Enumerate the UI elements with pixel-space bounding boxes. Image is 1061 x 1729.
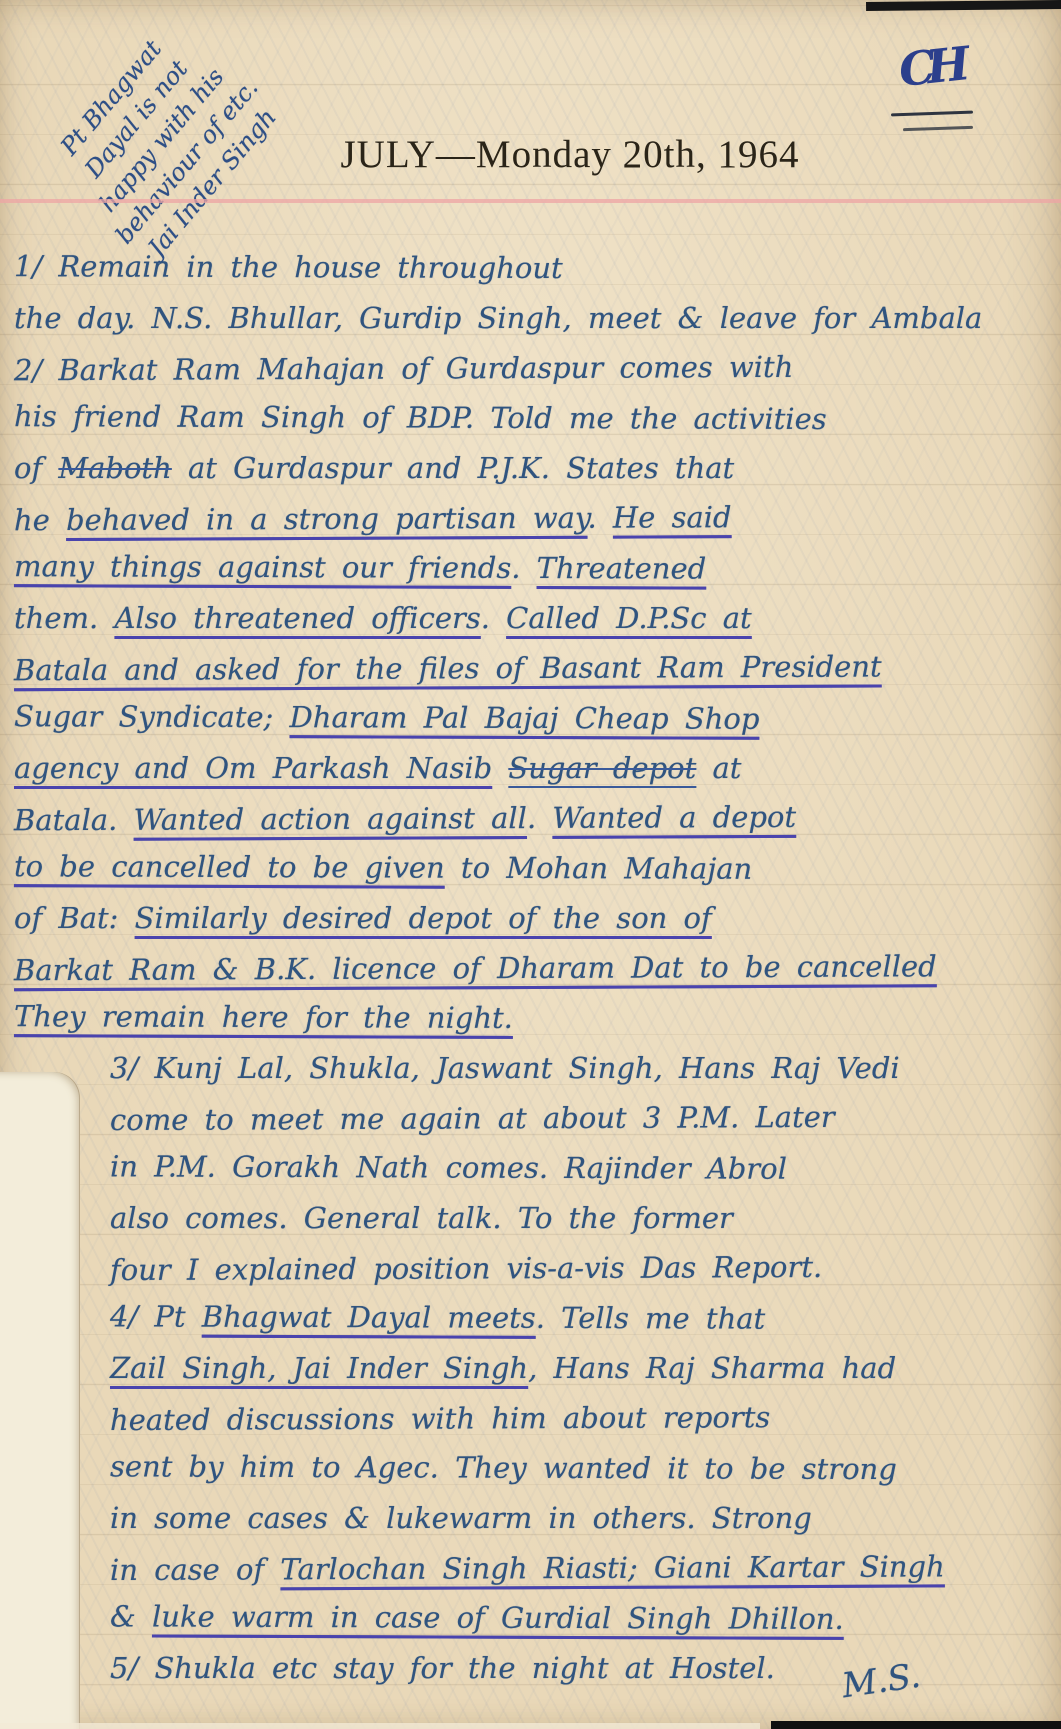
handwritten-line: 3/ Kunj Lal, Shukla, Jaswant Singh, Hans…	[110, 1043, 1053, 1093]
handwritten-line: sent by him to Agec. They wanted it to b…	[110, 1441, 1053, 1494]
handwritten-line: come to meet me again at about 3 P.M. La…	[110, 1091, 1053, 1145]
handwritten-line: heated discussions with him about report…	[110, 1391, 1053, 1445]
handwritten-line: to be cancelled to be given to Mohan Mah…	[14, 841, 1053, 895]
handwritten-line: them. Also threatened officers. Called D…	[14, 593, 1053, 643]
handwritten-line: Sugar Syndicate; Dharam Pal Bajaj Cheap …	[14, 691, 1053, 745]
handwritten-line: Batala and asked for the files of Basant…	[14, 641, 1053, 696]
handwritten-line: Batala. Wanted action against all. Wante…	[14, 791, 1053, 846]
handwritten-line: 4/ Pt Bhagwat Dayal meets. Tells me that	[110, 1291, 1053, 1344]
printed-date-header: JULY—Monday 20th, 1964	[80, 132, 1060, 177]
handwritten-line: the day. N.S. Bhullar, Gurdip Singh, mee…	[14, 293, 1053, 343]
header-rule	[0, 199, 1061, 203]
handwritten-line: 2/ Barkat Ram Mahajan of Gurdaspur comes…	[14, 341, 1053, 396]
diary-page-scan: Pt BhagwatDayal is nothappy with hisbeha…	[0, 0, 1061, 1729]
scan-edge-bar-bottom	[771, 1721, 1061, 1729]
handwritten-line: of Maboth at Gurdaspur and P.J.K. States…	[14, 443, 1053, 493]
handwritten-line: four I explained position vis-a-vis Das …	[110, 1241, 1053, 1295]
handwritten-line: agency and Om Parkash Nasib Sugar depot …	[14, 743, 1053, 793]
handwritten-line: Barkat Ram & B.K. licence of Dharam Dat …	[14, 941, 1053, 996]
handwritten-line: & luke warm in case of Gurdial Singh Dhi…	[110, 1591, 1053, 1644]
handwritten-line: many things against our friends. Threate…	[14, 541, 1053, 595]
monogram-underline	[891, 111, 973, 117]
handwritten-line: They remain here for the night.	[14, 991, 1053, 1045]
diary-body: 1/ Remain in the house throughoutthe day…	[14, 243, 1053, 1693]
handwritten-line: he behaved in a strong partisan way. He …	[14, 491, 1053, 546]
handwritten-line: his friend Ram Singh of BDP. Told me the…	[14, 391, 1053, 445]
handwritten-line: 1/ Remain in the house throughout	[14, 241, 1053, 295]
handwritten-line: in case of Tarlochan Singh Riasti; Giani…	[110, 1541, 1053, 1595]
handwritten-line: in some cases & lukewarm in others. Stro…	[110, 1493, 1053, 1543]
scan-edge-bar-top	[866, 0, 1061, 11]
handwritten-line: in P.M. Gorakh Nath comes. Rajinder Abro…	[110, 1141, 1053, 1194]
monogram-initials: CH	[896, 37, 963, 97]
monogram-underline	[903, 126, 973, 131]
handwritten-line: of Bat: Similarly desired depot of the s…	[14, 893, 1053, 943]
handwritten-line: also comes. General talk. To the former	[110, 1193, 1053, 1243]
handwritten-line: Zail Singh, Jai Inder Singh, Hans Raj Sh…	[110, 1343, 1053, 1393]
page-under-bottom-edge	[0, 1723, 760, 1729]
